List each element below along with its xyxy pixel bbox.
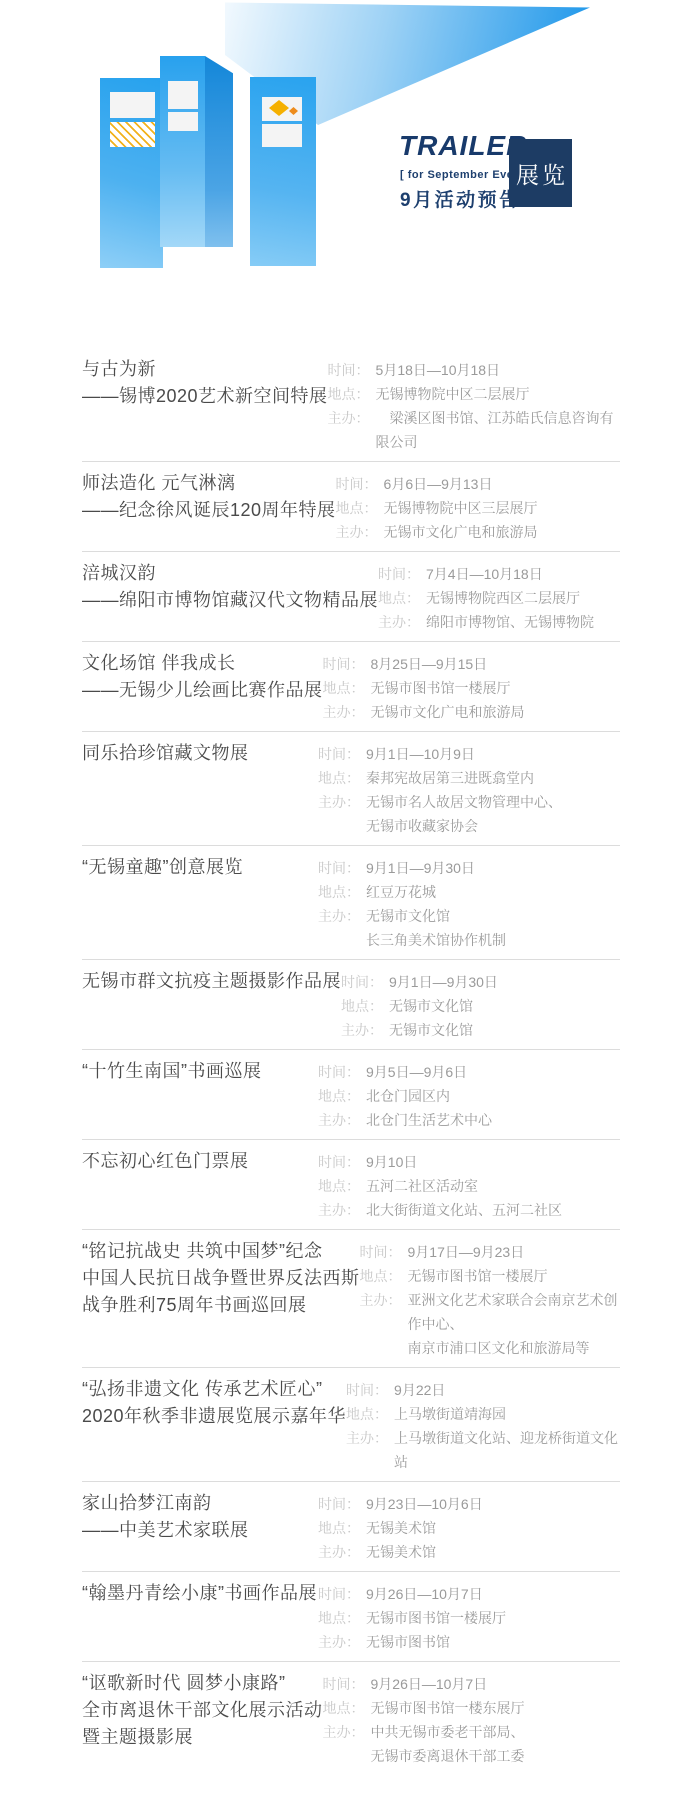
place-value: 北仓门园区内 (366, 1084, 620, 1108)
event-info: 时间： 5月18日—10月18日 地点： 无锡博物院中区二层展厅 主办： 梁溪区… (328, 356, 620, 454)
host-value: 无锡市文化广电和旅游局 (371, 700, 621, 724)
place-value: 无锡博物院西区二层展厅 (426, 586, 620, 610)
event-title: “翰墨丹青绘小康”书画作品展 (82, 1580, 318, 1654)
host-value: 绵阳市博物馆、无锡博物院 (426, 610, 620, 634)
window-panel (168, 81, 198, 109)
event-info: 时间： 8月25日—9月15日 地点： 无锡市图书馆一楼展厅 主办： 无锡市文化… (323, 650, 621, 724)
time-row: 时间： 5月18日—10月18日 (328, 358, 620, 382)
event-title: 与古为新 ——锡博2020艺术新空间特展 (82, 356, 328, 454)
event-info: 时间： 9月22日 地点： 上马墩街道靖海园 主办： 上马墩街道文化站、迎龙桥街… (346, 1376, 620, 1474)
striped-window-panel (110, 122, 155, 147)
host-row: 主办： 北仓门生活艺术中心 (318, 1108, 620, 1132)
host-value: 无锡市图书馆 (366, 1630, 620, 1654)
event-info: 时间： 9月1日—9月30日 地点： 无锡市文化馆 主办： 无锡市文化馆 (341, 968, 620, 1042)
place-row: 地点： 秦邦宪故居第三进既翕堂内 (318, 766, 620, 790)
host-value: 中共无锡市委老干部局、 无锡市委离退休干部工委 (371, 1720, 621, 1768)
host-label: 主办： (360, 1288, 408, 1360)
event-title: “弘扬非遗文化 传承艺术匠心” 2020年秋季非遗展览展示嘉年华 (82, 1376, 346, 1474)
time-value: 9月10日 (366, 1150, 620, 1174)
host-row: 主办： 无锡市文化广电和旅游局 (336, 520, 620, 544)
time-label: 时间： (341, 970, 389, 994)
place-value: 无锡市图书馆一楼展厅 (366, 1606, 620, 1630)
place-row: 地点： 上马墩街道靖海园 (346, 1402, 620, 1426)
event-item: 文化场馆 伴我成长 ——无锡少儿绘画比赛作品展 时间： 8月25日—9月15日 … (82, 642, 620, 732)
building-middle (160, 56, 205, 247)
event-item: 不忘初心红色门票展 时间： 9月10日 地点： 五河二社区活动室 主办： 北大街… (82, 1140, 620, 1230)
building-right (250, 77, 316, 266)
header-banner: TRAILER [ for September Event ] 9月活动预告 展… (0, 0, 684, 348)
host-row: 主办： 梁溪区图书馆、江苏皓氏信息咨询有限公司 (328, 406, 620, 454)
host-label: 主办： (341, 1018, 389, 1042)
place-label: 地点： (328, 382, 376, 406)
place-label: 地点： (378, 586, 426, 610)
place-value: 五河二社区活动室 (366, 1174, 620, 1198)
place-label: 地点： (318, 1084, 366, 1108)
event-title: 同乐拾珍馆藏文物展 (82, 740, 318, 838)
event-item: 同乐拾珍馆藏文物展 时间： 9月1日—10月9日 地点： 秦邦宪故居第三进既翕堂… (82, 732, 620, 846)
host-value: 无锡市文化馆 长三角美术馆协作机制 (366, 904, 620, 952)
time-value: 9月1日—9月30日 (366, 856, 620, 880)
host-value: 上马墩街道文化站、迎龙桥街道文化站 (394, 1426, 620, 1474)
host-label: 主办： (323, 700, 371, 724)
place-label: 地点： (336, 496, 384, 520)
host-row: 主办： 无锡美术馆 (318, 1540, 620, 1564)
host-label: 主办： (318, 1198, 366, 1222)
event-title: 无锡市群文抗疫主题摄影作品展 (82, 968, 341, 1042)
time-value: 9月17日—9月23日 (408, 1240, 621, 1264)
host-value: 亚洲文化艺术家联合会南京艺术创作中心、 南京市浦口区文化和旅游局等 (408, 1288, 621, 1360)
time-value: 9月5日—9月6日 (366, 1060, 620, 1084)
time-label: 时间： (318, 742, 366, 766)
event-info: 时间： 9月1日—10月9日 地点： 秦邦宪故居第三进既翕堂内 主办： 无锡市名… (318, 740, 620, 838)
place-label: 地点： (346, 1402, 394, 1426)
event-info: 时间： 9月23日—10月6日 地点： 无锡美术馆 主办： 无锡美术馆 (318, 1490, 620, 1564)
place-label: 地点： (323, 676, 371, 700)
event-title: 不忘初心红色门票展 (82, 1148, 318, 1222)
place-value: 红豆万花城 (366, 880, 620, 904)
time-label: 时间： (318, 856, 366, 880)
time-row: 时间： 9月1日—10月9日 (318, 742, 620, 766)
time-row: 时间： 9月1日—9月30日 (318, 856, 620, 880)
place-row: 地点： 无锡市图书馆一楼展厅 (318, 1606, 620, 1630)
building-left (100, 78, 163, 268)
place-label: 地点： (318, 1606, 366, 1630)
host-row: 主办： 亚洲文化艺术家联合会南京艺术创作中心、 南京市浦口区文化和旅游局等 (360, 1288, 621, 1360)
event-info: 时间： 9月10日 地点： 五河二社区活动室 主办： 北大街街道文化站、五河二社… (318, 1148, 620, 1222)
place-label: 地点： (318, 766, 366, 790)
host-label: 主办： (318, 904, 366, 952)
host-label: 主办： (328, 406, 376, 454)
time-label: 时间： (318, 1492, 366, 1516)
host-row: 主办： 无锡市图书馆 (318, 1630, 620, 1654)
time-value: 9月26日—10月7日 (366, 1582, 620, 1606)
event-info: 时间： 9月1日—9月30日 地点： 红豆万花城 主办： 无锡市文化馆 长三角美… (318, 854, 620, 952)
place-row: 地点： 无锡市图书馆一楼展厅 (323, 676, 621, 700)
time-row: 时间： 9月26日—10月7日 (323, 1672, 621, 1696)
place-row: 地点： 无锡博物院中区二层展厅 (328, 382, 620, 406)
place-row: 地点： 北仓门园区内 (318, 1084, 620, 1108)
place-value: 上马墩街道靖海园 (394, 1402, 620, 1426)
time-label: 时间： (360, 1240, 408, 1264)
time-label: 时间： (323, 1672, 371, 1696)
time-row: 时间： 9月1日—9月30日 (341, 970, 620, 994)
event-list: 与古为新 ——锡博2020艺术新空间特展 时间： 5月18日—10月18日 地点… (0, 348, 684, 1815)
place-value: 无锡博物院中区二层展厅 (376, 382, 620, 406)
page-title: 9月活动预告 (400, 185, 521, 212)
time-label: 时间： (318, 1582, 366, 1606)
event-title: “无锡童趣”创意展览 (82, 854, 318, 952)
event-item: “无锡童趣”创意展览 时间： 9月1日—9月30日 地点： 红豆万花城 主办： … (82, 846, 620, 960)
place-value: 无锡市图书馆一楼东展厅 (371, 1696, 621, 1720)
place-row: 地点： 无锡博物院中区三层展厅 (336, 496, 620, 520)
event-info: 时间： 7月4日—10月18日 地点： 无锡博物院西区二层展厅 主办： 绵阳市博… (378, 560, 620, 634)
place-value: 无锡市文化馆 (389, 994, 620, 1018)
host-label: 主办： (318, 1108, 366, 1132)
time-row: 时间： 9月26日—10月7日 (318, 1582, 620, 1606)
window-panel (168, 112, 198, 131)
place-label: 地点： (318, 880, 366, 904)
host-row: 主办： 绵阳市博物馆、无锡博物院 (378, 610, 620, 634)
place-row: 地点： 无锡市图书馆一楼展厅 (360, 1264, 621, 1288)
event-title: 师法造化 元气淋漓 ——纪念徐风诞辰120周年特展 (82, 470, 336, 544)
place-value: 秦邦宪故居第三进既翕堂内 (366, 766, 620, 790)
host-row: 主办： 北大街街道文化站、五河二社区 (318, 1198, 620, 1222)
time-value: 6月6日—9月13日 (384, 472, 620, 496)
place-row: 地点： 红豆万花城 (318, 880, 620, 904)
host-row: 主办： 中共无锡市委老干部局、 无锡市委离退休干部工委 (323, 1720, 621, 1768)
place-row: 地点： 无锡美术馆 (318, 1516, 620, 1540)
place-row: 地点： 五河二社区活动室 (318, 1174, 620, 1198)
place-row: 地点： 无锡市图书馆一楼东展厅 (323, 1696, 621, 1720)
event-item: “弘扬非遗文化 传承艺术匠心” 2020年秋季非遗展览展示嘉年华 时间： 9月2… (82, 1368, 620, 1482)
host-value: 无锡市文化广电和旅游局 (384, 520, 620, 544)
time-label: 时间： (318, 1150, 366, 1174)
window-panel (110, 92, 155, 118)
event-item: “十竹生南国”书画巡展 时间： 9月5日—9月6日 地点： 北仓门园区内 主办：… (82, 1050, 620, 1140)
time-row: 时间： 9月22日 (346, 1378, 620, 1402)
diamond-icon (269, 100, 289, 116)
time-row: 时间： 9月5日—9月6日 (318, 1060, 620, 1084)
host-value: 北大街街道文化站、五河二社区 (366, 1198, 620, 1222)
host-row: 主办： 无锡市文化馆 (341, 1018, 620, 1042)
place-label: 地点： (318, 1174, 366, 1198)
place-label: 地点： (318, 1516, 366, 1540)
event-title: 文化场馆 伴我成长 ——无锡少儿绘画比赛作品展 (82, 650, 323, 724)
time-label: 时间： (318, 1060, 366, 1084)
event-item: 家山拾梦江南韵 ——中美艺术家联展 时间： 9月23日—10月6日 地点： 无锡… (82, 1482, 620, 1572)
event-item: “讴歌新时代 圆梦小康路” 全市离退休干部文化展示活动 暨主题摄影展 时间： 9… (82, 1662, 620, 1775)
event-info: 时间： 6月6日—9月13日 地点： 无锡博物院中区三层展厅 主办： 无锡市文化… (336, 470, 620, 544)
time-label: 时间： (328, 358, 376, 382)
event-title: 涪城汉韵 ——绵阳市博物馆藏汉代文物精品展 (82, 560, 378, 634)
event-item: “翰墨丹青绘小康”书画作品展 时间： 9月26日—10月7日 地点： 无锡市图书… (82, 1572, 620, 1662)
event-item: 与古为新 ——锡博2020艺术新空间特展 时间： 5月18日—10月18日 地点… (82, 348, 620, 462)
time-value: 5月18日—10月18日 (376, 358, 620, 382)
host-value: 无锡市名人故居文物管理中心、 无锡市收藏家协会 (366, 790, 620, 838)
place-label: 地点： (323, 1696, 371, 1720)
time-label: 时间： (378, 562, 426, 586)
time-value: 7月4日—10月18日 (426, 562, 620, 586)
place-value: 无锡博物院中区三层展厅 (384, 496, 620, 520)
host-row: 主办： 上马墩街道文化站、迎龙桥街道文化站 (346, 1426, 620, 1474)
host-row: 主办： 无锡市文化馆 长三角美术馆协作机制 (318, 904, 620, 952)
place-label: 地点： (360, 1264, 408, 1288)
host-label: 主办： (318, 790, 366, 838)
event-title: 家山拾梦江南韵 ——中美艺术家联展 (82, 1490, 318, 1564)
building-middle-side-fold (205, 56, 233, 247)
time-row: 时间： 9月10日 (318, 1150, 620, 1174)
place-value: 无锡市图书馆一楼展厅 (408, 1264, 621, 1288)
time-value: 9月23日—10月6日 (366, 1492, 620, 1516)
host-value: 无锡市文化馆 (389, 1018, 620, 1042)
event-item: 涪城汉韵 ——绵阳市博物馆藏汉代文物精品展 时间： 7月4日—10月18日 地点… (82, 552, 620, 642)
time-label: 时间： (346, 1378, 394, 1402)
host-label: 主办： (378, 610, 426, 634)
place-row: 地点： 无锡市文化馆 (341, 994, 620, 1018)
time-label: 时间： (336, 472, 384, 496)
event-title: “十竹生南国”书画巡展 (82, 1058, 318, 1132)
time-row: 时间： 9月23日—10月6日 (318, 1492, 620, 1516)
small-diamond-icon (289, 107, 298, 115)
host-value: 梁溪区图书馆、江苏皓氏信息咨询有限公司 (376, 406, 620, 454)
event-item: 无锡市群文抗疫主题摄影作品展 时间： 9月1日—9月30日 地点： 无锡市文化馆… (82, 960, 620, 1050)
host-label: 主办： (336, 520, 384, 544)
event-info: 时间： 9月26日—10月7日 地点： 无锡市图书馆一楼展厅 主办： 无锡市图书… (318, 1580, 620, 1654)
time-row: 时间： 8月25日—9月15日 (323, 652, 621, 676)
time-value: 8月25日—9月15日 (371, 652, 621, 676)
host-label: 主办： (318, 1630, 366, 1654)
time-row: 时间： 6月6日—9月13日 (336, 472, 620, 496)
time-value: 9月22日 (394, 1378, 620, 1402)
event-title: “铭记抗战史 共筑中国梦”纪念 中国人民抗日战争暨世界反法西斯 战争胜利75周年… (82, 1238, 360, 1360)
place-value: 无锡市图书馆一楼展厅 (371, 676, 621, 700)
time-row: 时间： 7月4日—10月18日 (378, 562, 620, 586)
time-value: 9月26日—10月7日 (371, 1672, 621, 1696)
host-value: 无锡美术馆 (366, 1540, 620, 1564)
host-value: 北仓门生活艺术中心 (366, 1108, 620, 1132)
event-info: 时间： 9月17日—9月23日 地点： 无锡市图书馆一楼展厅 主办： 亚洲文化艺… (360, 1238, 621, 1360)
window-panel (262, 124, 302, 147)
place-label: 地点： (341, 994, 389, 1018)
page: TRAILER [ for September Event ] 9月活动预告 展… (0, 0, 684, 1815)
time-row: 时间： 9月17日—9月23日 (360, 1240, 621, 1264)
event-item: “铭记抗战史 共筑中国梦”纪念 中国人民抗日战争暨世界反法西斯 战争胜利75周年… (82, 1230, 620, 1368)
time-label: 时间： (323, 652, 371, 676)
category-badge: 展览 (509, 139, 572, 207)
place-row: 地点： 无锡博物院西区二层展厅 (378, 586, 620, 610)
time-value: 9月1日—10月9日 (366, 742, 620, 766)
time-value: 9月1日—9月30日 (389, 970, 620, 994)
place-value: 无锡美术馆 (366, 1516, 620, 1540)
event-info: 时间： 9月5日—9月6日 地点： 北仓门园区内 主办： 北仓门生活艺术中心 (318, 1058, 620, 1132)
event-title: “讴歌新时代 圆梦小康路” 全市离退休干部文化展示活动 暨主题摄影展 (82, 1670, 323, 1768)
host-label: 主办： (318, 1540, 366, 1564)
window-panel (262, 97, 302, 121)
host-row: 主办： 无锡市名人故居文物管理中心、 无锡市收藏家协会 (318, 790, 620, 838)
host-row: 主办： 无锡市文化广电和旅游局 (323, 700, 621, 724)
event-info: 时间： 9月26日—10月7日 地点： 无锡市图书馆一楼东展厅 主办： 中共无锡… (323, 1670, 621, 1768)
host-label: 主办： (323, 1720, 371, 1768)
host-label: 主办： (346, 1426, 394, 1474)
event-item: 师法造化 元气淋漓 ——纪念徐风诞辰120周年特展 时间： 6月6日—9月13日… (82, 462, 620, 552)
